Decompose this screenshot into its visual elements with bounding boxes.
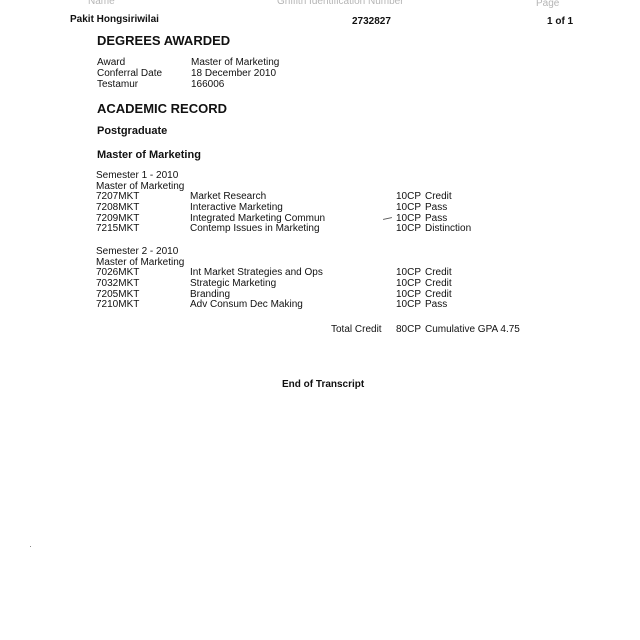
- course-title: Adv Consum Dec Making: [190, 299, 303, 310]
- page-number: 1 of 1: [547, 16, 573, 27]
- course-grade: Distinction: [425, 223, 471, 234]
- course-code: 7207MKT: [96, 191, 139, 202]
- course-title: Contemp Issues in Marketing: [190, 223, 320, 234]
- course-credit-points: 10CP: [396, 289, 421, 300]
- course-grade: Pass: [425, 202, 447, 213]
- course-title: Integrated Marketing Commun: [190, 213, 325, 224]
- semester-title: Semester 2 - 2010: [96, 246, 178, 257]
- id-label: Griffith Identification Number: [277, 0, 404, 7]
- course-row: 7205MKTBranding10CPCredit: [96, 289, 516, 300]
- course-credit-points: 10CP: [396, 278, 421, 289]
- course-code: 7205MKT: [96, 289, 139, 300]
- degree-field-label: Testamur: [97, 79, 138, 90]
- course-title: Strategic Marketing: [190, 278, 276, 289]
- course-grade: Credit: [425, 267, 452, 278]
- course-code: 7210MKT: [96, 299, 139, 310]
- program-heading: Master of Marketing: [97, 149, 201, 161]
- course-code: 7209MKT: [96, 213, 139, 224]
- course-credit-points: 10CP: [396, 213, 421, 224]
- speck: [30, 546, 31, 547]
- total-label: Total Credit: [331, 324, 382, 335]
- degree-field-value: 166006: [191, 79, 224, 90]
- semester-title: Semester 1 - 2010: [96, 170, 178, 181]
- course-credit-points: 10CP: [396, 299, 421, 310]
- student-name: Pakit Hongsiriwilai: [70, 14, 159, 25]
- total-cp: 80CP: [396, 324, 421, 335]
- course-title: Int Market Strategies and Ops: [190, 267, 323, 278]
- course-title: Branding: [190, 289, 230, 300]
- course-grade: Credit: [425, 278, 452, 289]
- course-grade: Pass: [425, 213, 447, 224]
- course-title: Market Research: [190, 191, 266, 202]
- course-credit-points: 10CP: [396, 191, 421, 202]
- end-of-transcript: End of Transcript: [282, 379, 364, 390]
- total-row: Total Credit 80CP Cumulative GPA 4.75: [331, 324, 581, 335]
- academic-record-heading: ACADEMIC RECORD: [97, 101, 227, 116]
- course-code: 7032MKT: [96, 278, 139, 289]
- course-title: Interactive Marketing: [190, 202, 283, 213]
- cumulative-gpa: Cumulative GPA 4.75: [425, 324, 520, 335]
- course-credit-points: 10CP: [396, 267, 421, 278]
- course-grade: Credit: [425, 191, 452, 202]
- course-code: 7208MKT: [96, 202, 139, 213]
- degree-field-row: Testamur166006: [97, 79, 397, 90]
- degree-field-value: Master of Marketing: [191, 57, 279, 68]
- course-row: 7032MKTStrategic Marketing10CPCredit: [96, 278, 516, 289]
- course-row: 7026MKTInt Market Strategies and Ops10CP…: [96, 267, 516, 278]
- course-code: 7026MKT: [96, 267, 139, 278]
- degree-field-label: Conferral Date: [97, 68, 162, 79]
- student-id: 2732827: [352, 16, 391, 27]
- course-code: 7215MKT: [96, 223, 139, 234]
- course-row: 7209MKTIntegrated Marketing Commun10CPPa…: [96, 213, 516, 224]
- level-heading: Postgraduate: [97, 125, 167, 137]
- course-row: 7208MKTInteractive Marketing10CPPass: [96, 202, 516, 213]
- degree-field-label: Award: [97, 57, 125, 68]
- course-grade: Credit: [425, 289, 452, 300]
- degree-field-row: Conferral Date18 December 2010: [97, 68, 397, 79]
- course-row: 7215MKTContemp Issues in Marketing10CPDi…: [96, 223, 516, 234]
- degree-field-value: 18 December 2010: [191, 68, 276, 79]
- course-credit-points: 10CP: [396, 223, 421, 234]
- name-label: Name: [88, 0, 115, 7]
- degrees-heading: DEGREES AWARDED: [97, 33, 230, 48]
- course-credit-points: 10CP: [396, 202, 421, 213]
- page-label: Page: [536, 0, 559, 9]
- semester-program: Master of Marketing: [96, 181, 184, 192]
- course-row: 7207MKTMarket Research10CPCredit: [96, 191, 516, 202]
- course-row: 7210MKTAdv Consum Dec Making10CPPass: [96, 299, 516, 310]
- semester-program: Master of Marketing: [96, 257, 184, 268]
- course-grade: Pass: [425, 299, 447, 310]
- degree-field-row: AwardMaster of Marketing: [97, 57, 397, 68]
